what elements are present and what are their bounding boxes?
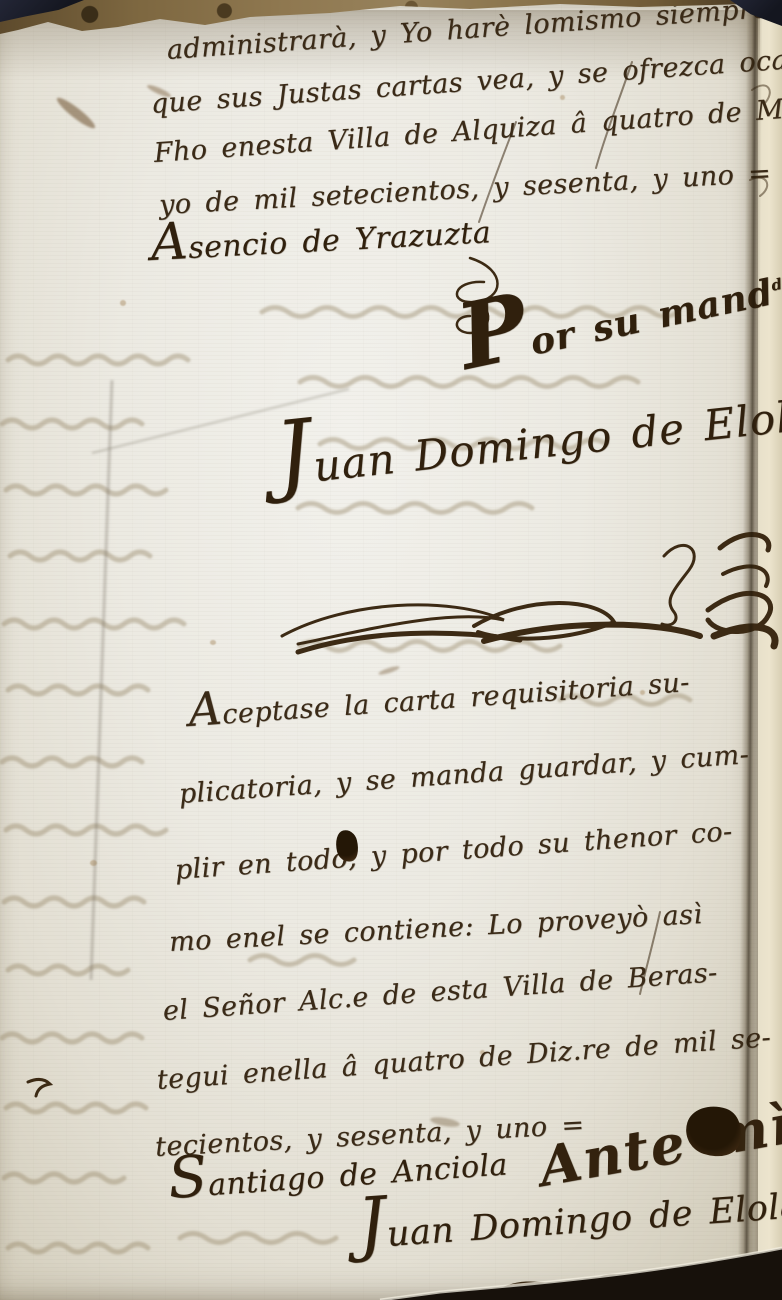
foxing-spot	[560, 95, 565, 100]
manuscript-scan: administrarà, y Yo harè lomismo siempre …	[0, 0, 782, 1300]
foxing-spot	[90, 860, 97, 866]
manuscript-page: administrarà, y Yo harè lomismo siempre …	[0, 0, 758, 1300]
signature-rubric-flourish	[268, 540, 782, 665]
binding-bottom-edge	[0, 1230, 782, 1300]
foxing-spot	[210, 640, 216, 645]
margin-pen-mark	[28, 1079, 50, 1096]
foxing-spot	[120, 300, 126, 306]
